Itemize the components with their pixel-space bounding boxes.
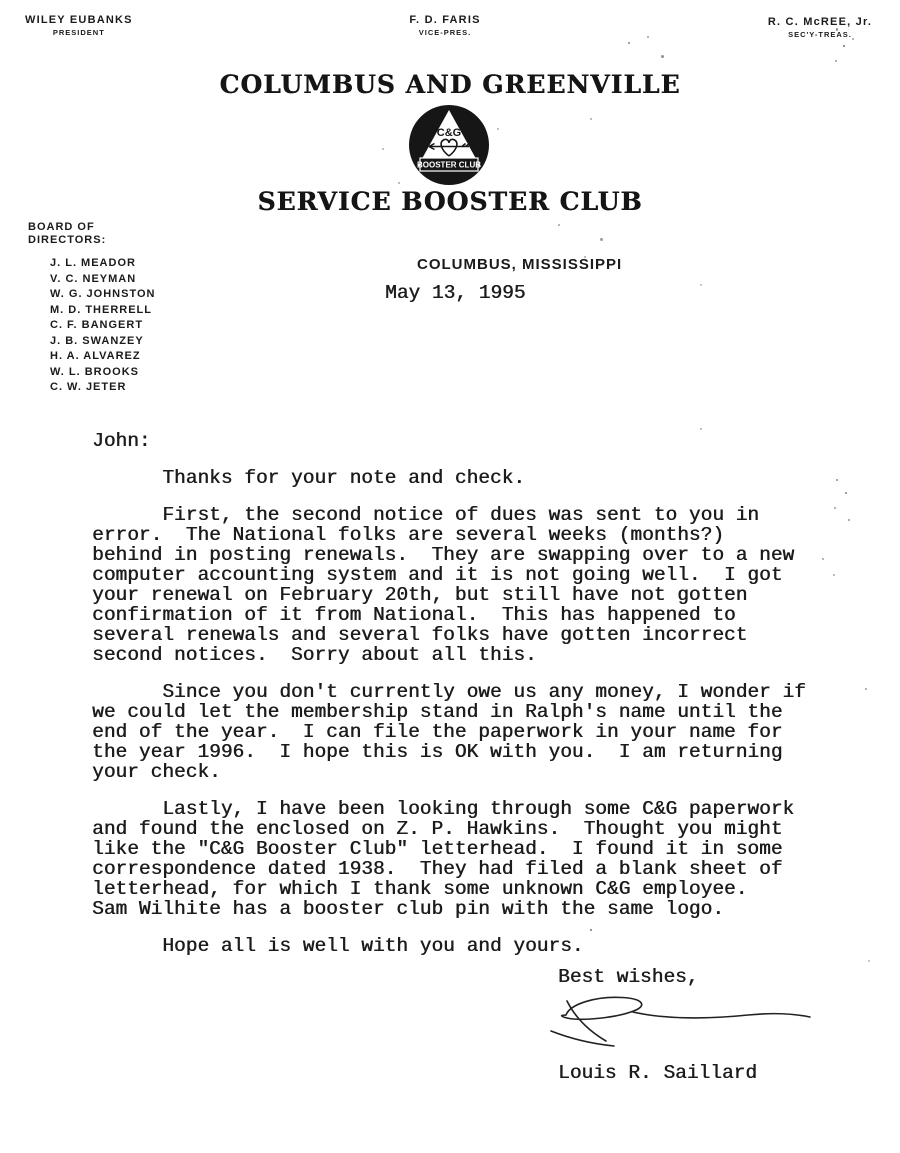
paragraph: Lastly, I have been looking through some… xyxy=(92,799,806,919)
scan-speck xyxy=(382,148,384,150)
board-member: V. C. NEYMAN xyxy=(50,272,155,288)
officer-title: VICE-PRES. xyxy=(385,28,505,37)
scan-speck xyxy=(600,238,603,241)
board-member: W. G. JOHNSTON xyxy=(50,287,155,303)
paragraph: Since you don't currently owe us any mon… xyxy=(92,682,806,782)
signature-name: Louis R. Saillard xyxy=(558,1062,757,1084)
board-member-list: J. L. MEADOR V. C. NEYMAN W. G. JOHNSTON… xyxy=(50,256,155,396)
board-member: W. L. BROOKS xyxy=(50,365,155,381)
scan-speck xyxy=(584,256,586,258)
signature-under-stroke xyxy=(551,1031,614,1046)
board-member: C. F. BANGERT xyxy=(50,318,155,334)
handwritten-signature xyxy=(536,991,816,1053)
board-member: J. L. MEADOR xyxy=(50,256,155,272)
scan-speck xyxy=(590,118,592,120)
scan-speck xyxy=(843,45,845,47)
paragraph: First, the second notice of dues was sen… xyxy=(92,505,806,665)
board-member: H. A. ALVAREZ xyxy=(50,349,155,365)
scan-speck xyxy=(700,428,702,430)
scan-speck xyxy=(836,479,838,481)
board-of-directors: BOARD OF DIRECTORS: J. L. MEADOR V. C. N… xyxy=(28,221,155,396)
city-line: COLUMBUS, MISSISSIPPI xyxy=(417,256,622,273)
scanned-letter-page: WILEY EUBANKS PRESIDENT F. D. FARIS VICE… xyxy=(0,0,900,1153)
scan-speck xyxy=(558,224,560,226)
board-label: BOARD OF xyxy=(28,221,155,234)
salutation: John: xyxy=(92,431,806,451)
scan-speck xyxy=(398,182,400,184)
board-member: C. W. JETER xyxy=(50,380,155,396)
officer-name: R. C. McREE, Jr. xyxy=(760,16,880,28)
booster-club-logo: C&G BOOSTER CLUB xyxy=(407,103,491,187)
scan-speck xyxy=(628,42,630,44)
paragraph: Hope all is well with you and yours. xyxy=(92,936,806,956)
scan-speck xyxy=(661,55,664,58)
scan-speck xyxy=(835,60,837,62)
scan-speck xyxy=(834,507,836,509)
scan-speck xyxy=(845,492,847,494)
scan-speck xyxy=(590,929,592,931)
scan-speck xyxy=(852,38,854,40)
scan-speck xyxy=(836,28,838,31)
officer-name: F. D. FARIS xyxy=(385,14,505,26)
scan-speck xyxy=(647,36,649,38)
scan-speck xyxy=(700,284,702,286)
board-member: M. D. THERRELL xyxy=(50,303,155,319)
officer-title: SEC'Y-TREAS. xyxy=(760,30,880,39)
officer-title: PRESIDENT xyxy=(25,28,133,37)
officer-vice-president: F. D. FARIS VICE-PRES. xyxy=(385,14,505,37)
officer-name: WILEY EUBANKS xyxy=(25,14,133,26)
officer-president: WILEY EUBANKS PRESIDENT xyxy=(25,14,133,37)
scan-speck xyxy=(822,558,824,560)
paragraph: Thanks for your note and check. xyxy=(92,468,806,488)
officer-secretary-treasurer: R. C. McREE, Jr. SEC'Y-TREAS. xyxy=(760,16,880,39)
signature-loop xyxy=(562,997,642,1019)
scan-speck xyxy=(497,128,499,130)
logo-monogram: C&G xyxy=(437,127,461,139)
scan-speck xyxy=(868,960,870,962)
letter-date: May 13, 1995 xyxy=(385,282,525,304)
organization-name-line1: COLUMBUS AND GREENVILLE xyxy=(0,70,900,99)
scan-speck xyxy=(833,574,835,576)
logo-banner-text: BOOSTER CLUB xyxy=(417,161,481,170)
signature-tail xyxy=(633,1012,810,1018)
organization-name-line2: SERVICE BOOSTER CLUB xyxy=(0,187,900,216)
closing-phrase: Best wishes, xyxy=(558,966,698,988)
scan-speck xyxy=(848,519,850,521)
board-member: J. B. SWANZEY xyxy=(50,334,155,350)
scan-speck xyxy=(865,688,867,690)
letter-body: John: Thanks for your note and check. Fi… xyxy=(92,431,806,973)
board-label: DIRECTORS: xyxy=(28,234,155,247)
